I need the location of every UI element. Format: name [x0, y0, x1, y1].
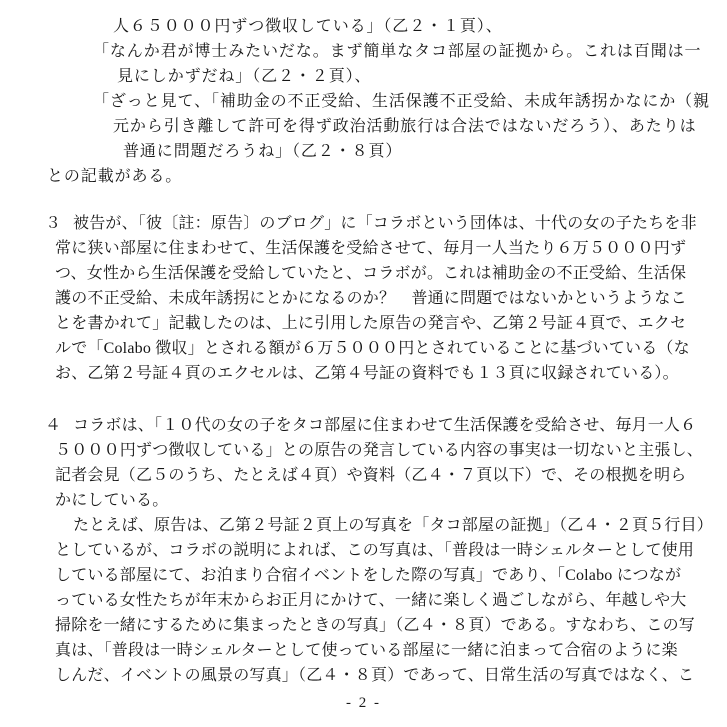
paragraph-number: ３: [45, 211, 73, 236]
text-line: とを書かれて」記載したのは、上に引用した原告の発言や、乙第２号証４頁で、エクセ: [0, 311, 727, 336]
text-line: 常に狭い部屋に住まわせて、生活保護を受給させて、毎月一人当たり６万５０００円ず: [0, 236, 727, 261]
page-number-footer: - 2 -: [0, 695, 727, 712]
text-line: つ、女性から生活保護を受給していたと、コラボが。これは補助金の不正受給、生活保: [0, 261, 727, 286]
scanned-document-page: 人６５０００円ずつ徴収している」（乙２・１頁）、 「なんか君が博士みたいだな。ま…: [0, 0, 727, 727]
text-line: ５０００円ずつ徴収している」との原告の発言している内容の事実は一切ないと主張し、: [0, 438, 727, 463]
text-line: 「ざっと見て、「補助金の不正受給、生活保護不正受給、未成年誘拐かなにか（親: [0, 89, 727, 114]
paragraph-number: ４: [45, 413, 73, 438]
text-line: しんだ、イベントの風景の写真」（乙４・８頁）であって、日常生活の写真ではなく、こ: [0, 663, 727, 688]
text-line: たとえば、原告は、乙第２号証２頁上の写真を「タコ部屋の証拠」（乙４・２頁５行目）: [0, 513, 727, 538]
paragraph-4: ４コラボは、「１０代の女の子をタコ部屋に住まわせて生活保護を受給させ、毎月一人６…: [0, 413, 727, 688]
quote-block: 人６５０００円ずつ徴収している」（乙２・１頁）、 「なんか君が博士みたいだな。ま…: [0, 14, 727, 189]
text-line: 記者会見（乙５のうち、たとえば４頁）や資料（乙４・７頁以下）で、その根拠を明ら: [0, 463, 727, 488]
text-line: かにしている。: [0, 488, 727, 513]
text-line: 普通に問題だろうね」（乙２・８頁）: [0, 139, 727, 164]
text-line: 人６５０００円ずつ徴収している」（乙２・１頁）、: [0, 14, 727, 39]
paragraph-text: 被告が、「彼〔註：原告〕のブログ」に「コラボという団体は、十代の女の子たちを非: [73, 215, 697, 232]
text-line: 真は、「普段は一時シェルターとして使っている部屋に一緒に泊まって合宿のように楽: [0, 638, 727, 663]
text-line: との記載がある。: [0, 164, 727, 189]
text-line: 見にしかずだね」（乙２・２頁）、: [0, 64, 727, 89]
text-line: としているが、コラボの説明によれば、この写真は、「普段は一時シェルターとして使用: [0, 538, 727, 563]
paragraph-text: コラボは、「１０代の女の子をタコ部屋に住まわせて生活保護を受給させ、毎月一人６: [73, 417, 696, 434]
text-line: ３被告が、「彼〔註：原告〕のブログ」に「コラボという団体は、十代の女の子たちを非: [0, 211, 727, 236]
text-line: お、乙第２号証４頁のエクセルは、乙第４号証の資料でも１３頁に収録されている）。: [0, 361, 727, 386]
text-line: 護の不正受給、未成年誘拐にとかになるのか？ 普通に問題ではないかというようなこ: [0, 286, 727, 311]
text-line: ４コラボは、「１０代の女の子をタコ部屋に住まわせて生活保護を受給させ、毎月一人６: [0, 413, 727, 438]
text-line: 元から引き離して許可を得ず政治活動旅行は合法ではないだろう）、あたりは: [0, 114, 727, 139]
text-line: している部屋にて、お泊まり合宿イベントをした際の写真」であり、「Colabo に…: [0, 563, 727, 588]
text-line: ルで「Colabo 徴収」とされる額が６万５０００円とされていることに基づいてい…: [0, 336, 727, 361]
text-line: っている女性たちが年末からお正月にかけて、一緒に楽しく過ごしながら、年越しや大: [0, 588, 727, 613]
paragraph-3: ３被告が、「彼〔註：原告〕のブログ」に「コラボという団体は、十代の女の子たちを非…: [0, 211, 727, 386]
text-line: 掃除を一緒にするために集まったときの写真」（乙４・８頁）である。すなわち、この写: [0, 613, 727, 638]
text-line: 「なんか君が博士みたいだな。まず簡単なタコ部屋の証拠から。これは百聞は一: [0, 39, 727, 64]
